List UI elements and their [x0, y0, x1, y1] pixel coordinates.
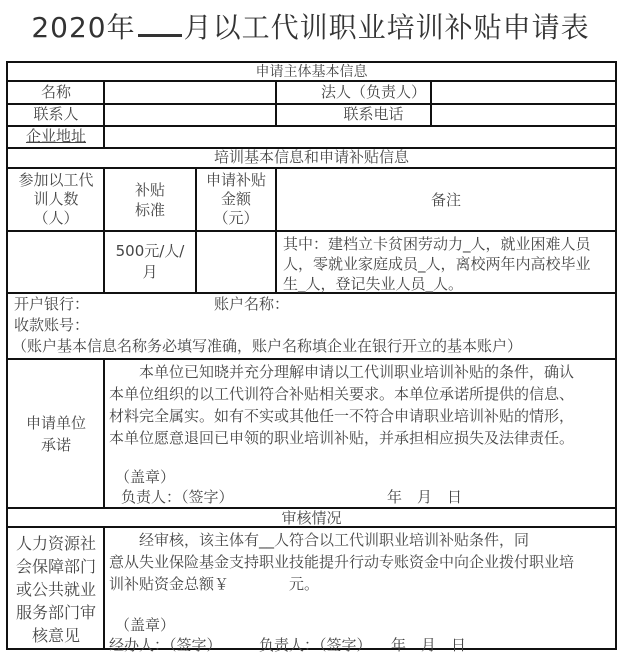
account-name-label: 账户名称： — [214, 295, 414, 315]
participants-header-line: （人） — [33, 209, 78, 228]
commitment-signer[interactable]: 负责人：（签字） — [121, 488, 234, 506]
review-signer[interactable]: 负责人：（签字） — [259, 635, 372, 654]
standard-header: 补贴 标准 — [105, 169, 195, 230]
commitment-label-line: 申请单位 — [26, 412, 86, 434]
review-label: 人力资源社 会保障部门 或公共就业 服务部门审 核意见 — [8, 529, 104, 650]
address-field[interactable] — [105, 126, 615, 147]
address-label: 企业地址 — [8, 125, 104, 147]
account-number-label: 收款账号： — [14, 316, 214, 336]
review-text: 经审核，该主体有__人符合以工代训职业培训补贴条件，同 意从失业保险基金支持职业… — [105, 529, 615, 650]
participants-header-line: 参加以工代 — [18, 171, 93, 190]
participants-header: 参加以工代 训人数 （人） — [8, 169, 104, 230]
phone-label: 联系电话 — [277, 103, 430, 125]
commitment-line: 本单位组织的以工代训符合补贴相关要求。本单位承诺所提供的信息、 — [109, 383, 615, 405]
review-label-line: 会保障部门 — [16, 555, 96, 578]
standard-value-line: 月 — [142, 262, 157, 283]
legal-person-field[interactable] — [432, 81, 615, 103]
commitment-seal: （盖章） — [109, 467, 615, 487]
remark-value[interactable]: 其中：建档立卡贫困劳动力_人，就业困难人员 人，零就业家庭成员_人，离校两年内高… — [277, 234, 615, 292]
review-date[interactable]: 年 月 日 — [391, 635, 466, 654]
training-section-header: 培训基本信息和申请补贴信息 — [8, 147, 615, 167]
review-line: 意从失业保险基金支持职业技能提升行动专账资金中向企业拨付职业培 — [109, 551, 615, 573]
amount-header-line: （元） — [213, 209, 258, 228]
bank-note: （账户基本信息名称务必填写准确，账户名称填企业在银行开立的基本账户） — [12, 337, 612, 357]
legal-person-label: 法人（负责人） — [277, 80, 430, 103]
review-label-line: 服务部门审 — [16, 601, 96, 624]
review-handler[interactable]: 经办人：（签字） — [109, 636, 222, 654]
standard-value-line: 500元/人/ — [116, 241, 185, 262]
bank-label: 开户银行： — [14, 295, 214, 315]
amount-header-line: 金额 — [221, 190, 251, 209]
review-label-line: 或公共就业 — [16, 578, 96, 601]
participants-header-line: 训人数 — [33, 190, 78, 209]
application-form-table: 申请主体基本信息 名称 法人（负责人） 联系人 联系电话 企业地址 培训基本信息… — [6, 61, 617, 650]
remark-line: 人，零就业家庭成员_人，离校两年内高校毕业 — [283, 254, 615, 274]
remark-line: 其中：建档立卡贫困劳动力_人，就业困难人员 — [283, 234, 615, 254]
name-field[interactable] — [105, 81, 275, 103]
review-line: 经审核，该主体有__人符合以工代训职业培训补贴条件，同 — [109, 529, 615, 551]
commitment-line: 本单位愿意退回已申领的职业培训补贴，并承担相应损失及法律责任。 — [109, 427, 615, 449]
name-label: 名称 — [8, 80, 104, 103]
contact-label: 联系人 — [8, 103, 104, 125]
review-label-line: 人力资源社 — [16, 532, 96, 555]
standard-value: 500元/人/ 月 — [105, 232, 195, 292]
review-label-line: 核意见 — [32, 624, 80, 647]
remark-header: 备注 — [277, 169, 615, 230]
applicant-section-header: 申请主体基本信息 — [8, 63, 615, 80]
review-seal: （盖章） — [109, 615, 615, 635]
title-year: 2020年 — [31, 11, 135, 44]
amount-header: 申请补贴 金额 （元） — [197, 169, 275, 230]
commitment-line: 材料完全属实。如有不实或其他任一不符合申请职业培训补贴的情形， — [109, 405, 615, 427]
participants-field[interactable] — [8, 232, 103, 292]
commitment-label-line: 承诺 — [41, 434, 71, 456]
commitment-date[interactable]: 年 月 日 — [387, 487, 462, 507]
contact-field[interactable] — [105, 104, 275, 125]
month-blank[interactable] — [138, 8, 182, 37]
standard-header-line: 补贴 — [135, 180, 165, 200]
phone-field[interactable] — [432, 104, 615, 125]
commitment-text: 本单位已知晓并充分理解申请以工代训职业培训补贴的条件，确认 本单位组织的以工代训… — [105, 361, 615, 507]
title-text: 月以工代训职业培训补贴申请表 — [184, 11, 590, 44]
remark-line: 生_人，登记失业人员_人。 — [283, 274, 615, 294]
page-title: 2020年月以工代训职业培训补贴申请表 — [0, 6, 621, 46]
review-line: 训补贴资金总额￥ 元。 — [109, 573, 615, 595]
standard-header-line: 标准 — [135, 200, 165, 220]
review-section-header: 审核情况 — [8, 509, 615, 526]
amount-header-line: 申请补贴 — [206, 171, 266, 190]
commitment-line: 本单位已知晓并充分理解申请以工代训职业培训补贴的条件，确认 — [109, 361, 615, 383]
commitment-label: 申请单位 承诺 — [8, 360, 104, 507]
amount-field[interactable] — [197, 232, 275, 292]
